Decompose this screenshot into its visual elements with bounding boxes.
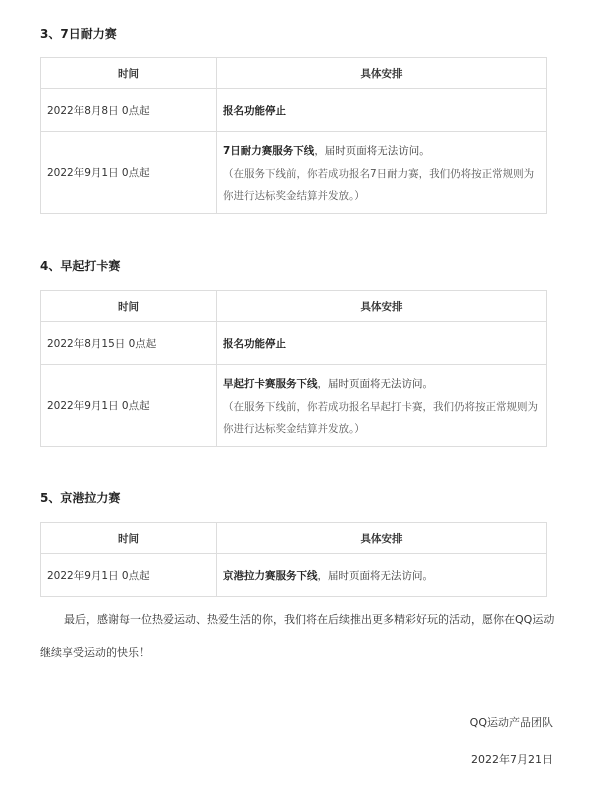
row-plan: 报名功能停止 <box>217 89 547 132</box>
schedule-table-jinggang-rally: 时间 具体安排 2022年9月1日 0点起 京港拉力赛服务下线，届时页面将无法访… <box>40 522 547 597</box>
column-header-plan: 具体安排 <box>217 58 547 89</box>
table-row: 2022年9月1日 0点起 早起打卡赛服务下线，届时页面将无法访问。 （在服务下… <box>41 365 547 447</box>
schedule-table-early-checkin: 时间 具体安排 2022年8月15日 0点起 报名功能停止 2022年9月1日 … <box>40 290 547 447</box>
table-row: 2022年9月1日 0点起 京港拉力赛服务下线，届时页面将无法访问。 <box>41 554 547 597</box>
column-header-time: 时间 <box>41 58 217 89</box>
table-row: 2022年8月15日 0点起 报名功能停止 <box>41 322 547 365</box>
column-header-plan: 具体安排 <box>217 291 547 322</box>
section-title-early-checkin: 4、早起打卡赛 <box>40 257 120 274</box>
plan-bold: 报名功能停止 <box>223 338 286 350</box>
plan-note: （在服务下线前，你若成功报名早起打卡赛，我们仍将按正常规则为你进行达标奖金结算并… <box>223 396 540 440</box>
signature-date: 2022年7月21日 <box>471 751 553 767</box>
table-row: 2022年9月1日 0点起 7日耐力赛服务下线，届时页面将无法访问。 （在服务下… <box>41 132 547 214</box>
row-time: 2022年8月15日 0点起 <box>41 322 217 365</box>
row-time: 2022年9月1日 0点起 <box>41 365 217 447</box>
table-header-row: 时间 具体安排 <box>41 291 547 322</box>
closing-paragraph: 最后，感谢每一位热爱运动、热爱生活的你，我们将在后续推出更多精彩好玩的活动，愿你… <box>40 603 555 669</box>
plan-rest: ，届时页面将无法访问。 <box>318 378 434 390</box>
row-plan: 7日耐力赛服务下线，届时页面将无法访问。 （在服务下线前，你若成功报名7日耐力赛… <box>217 132 547 214</box>
plan-bold: 京港拉力赛服务下线 <box>223 570 318 582</box>
row-time: 2022年9月1日 0点起 <box>41 554 217 597</box>
section-title-jinggang-rally: 5、京港拉力赛 <box>40 489 120 506</box>
table-header-row: 时间 具体安排 <box>41 58 547 89</box>
signature-team: QQ运动产品团队 <box>470 714 553 730</box>
section-title-7day-endurance: 3、7日耐力赛 <box>40 25 117 42</box>
table-row: 2022年8月8日 0点起 报名功能停止 <box>41 89 547 132</box>
row-plan: 京港拉力赛服务下线，届时页面将无法访问。 <box>217 554 547 597</box>
plan-bold: 报名功能停止 <box>223 105 286 117</box>
column-header-time: 时间 <box>41 523 217 554</box>
plan-bold: 7日耐力赛服务下线 <box>223 145 314 157</box>
column-header-plan: 具体安排 <box>217 523 547 554</box>
plan-rest: ，届时页面将无法访问。 <box>314 145 430 157</box>
row-plan: 早起打卡赛服务下线，届时页面将无法访问。 （在服务下线前，你若成功报名早起打卡赛… <box>217 365 547 447</box>
table-header-row: 时间 具体安排 <box>41 523 547 554</box>
row-time: 2022年9月1日 0点起 <box>41 132 217 214</box>
column-header-time: 时间 <box>41 291 217 322</box>
schedule-table-7day-endurance: 时间 具体安排 2022年8月8日 0点起 报名功能停止 2022年9月1日 0… <box>40 57 547 214</box>
row-time: 2022年8月8日 0点起 <box>41 89 217 132</box>
row-plan: 报名功能停止 <box>217 322 547 365</box>
plan-bold: 早起打卡赛服务下线 <box>223 378 318 390</box>
plan-rest: ，届时页面将无法访问。 <box>318 570 434 582</box>
plan-note: （在服务下线前，你若成功报名7日耐力赛，我们仍将按正常规则为你进行达标奖金结算并… <box>223 163 540 207</box>
